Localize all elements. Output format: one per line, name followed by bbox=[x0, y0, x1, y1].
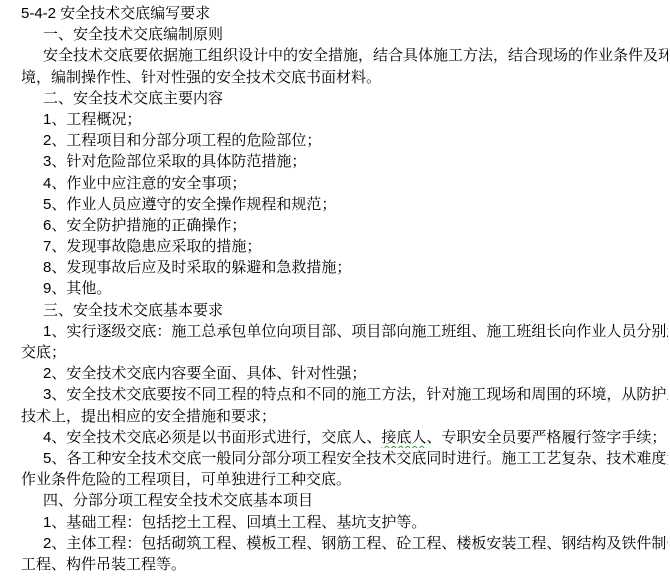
text-line: 9、其他。 bbox=[21, 278, 668, 299]
text-line: 2、安全技术交底内容要全面、具体、针对性强； bbox=[21, 363, 668, 384]
document-body: 5-4-2 安全技术交底编写要求一、安全技术交底编制原则安全技术交底要依据施工组… bbox=[0, 0, 670, 577]
text-line: 4、作业中应注意的安全事项； bbox=[21, 173, 668, 194]
text-line: 2、工程项目和分部分项工程的危险部位； bbox=[21, 130, 668, 151]
text-line: 交底； bbox=[21, 342, 668, 363]
text-line: 1、实行逐级交底：施工总承包单位向项目部、项目部向施工班组、施工班组长向作业人员… bbox=[21, 321, 668, 342]
section-heading-3: 三、安全技术交底基本要求 bbox=[21, 300, 668, 321]
text-line: 作业条件危险的工程项目，可单独进行工种交底。 bbox=[21, 469, 668, 490]
text-line: 5、作业人员应遵守的安全操作规程和规范； bbox=[21, 194, 668, 215]
section-heading-1: 一、安全技术交底编制原则 bbox=[21, 24, 668, 45]
text-line: 技术上，提出相应的安全措施和要求； bbox=[21, 406, 668, 427]
text-line: 7、发现事故隐患应采取的措施； bbox=[21, 236, 668, 257]
spellcheck-marked-word: 接底人 bbox=[381, 429, 426, 446]
section-heading-4: 四、分部分项工程安全技术交底基本项目 bbox=[21, 490, 668, 511]
text-line: 8、发现事故后应及时采取的躲避和急救措施； bbox=[21, 257, 668, 278]
text-line: 3、针对危险部位采取的具体防范措施； bbox=[21, 151, 668, 172]
text-line: 工程、构件吊装工程等。 bbox=[21, 554, 668, 575]
text-line: 2、主体工程：包括砌筑工程、模板工程、钢筋工程、砼工程、楼板安装工程、钢结构及铁… bbox=[21, 533, 668, 554]
text-line: 1、基础工程：包括挖土工程、回填土工程、基坑支护等。 bbox=[21, 512, 668, 533]
text-line: 境，编制操作性、针对性强的安全技术交底书面材料。 bbox=[21, 67, 668, 88]
text-line: 6、安全防护措施的正确操作； bbox=[21, 215, 668, 236]
text-line: 安全技术交底要依据施工组织设计中的安全措施，结合具体施工方法，结合现场的作业条件… bbox=[21, 45, 668, 66]
text-line: 4、安全技术交底必须是以书面形式进行，交底人、接底人、专职安全员要严格履行签字手… bbox=[21, 427, 668, 448]
text-line: 1、工程概况； bbox=[21, 109, 668, 130]
document-title: 5-4-2 安全技术交底编写要求 bbox=[21, 3, 668, 24]
text-line: 5、各工种安全技术交底一般同分部分项工程安全技术交底同时进行。施工工艺复杂、技术… bbox=[21, 448, 668, 469]
text-line: 3、安全技术交底要按不同工程的特点和不同的施工方法，针对施工现场和周围的环境，从… bbox=[21, 384, 668, 405]
section-heading-2: 二、安全技术交底主要内容 bbox=[21, 88, 668, 109]
